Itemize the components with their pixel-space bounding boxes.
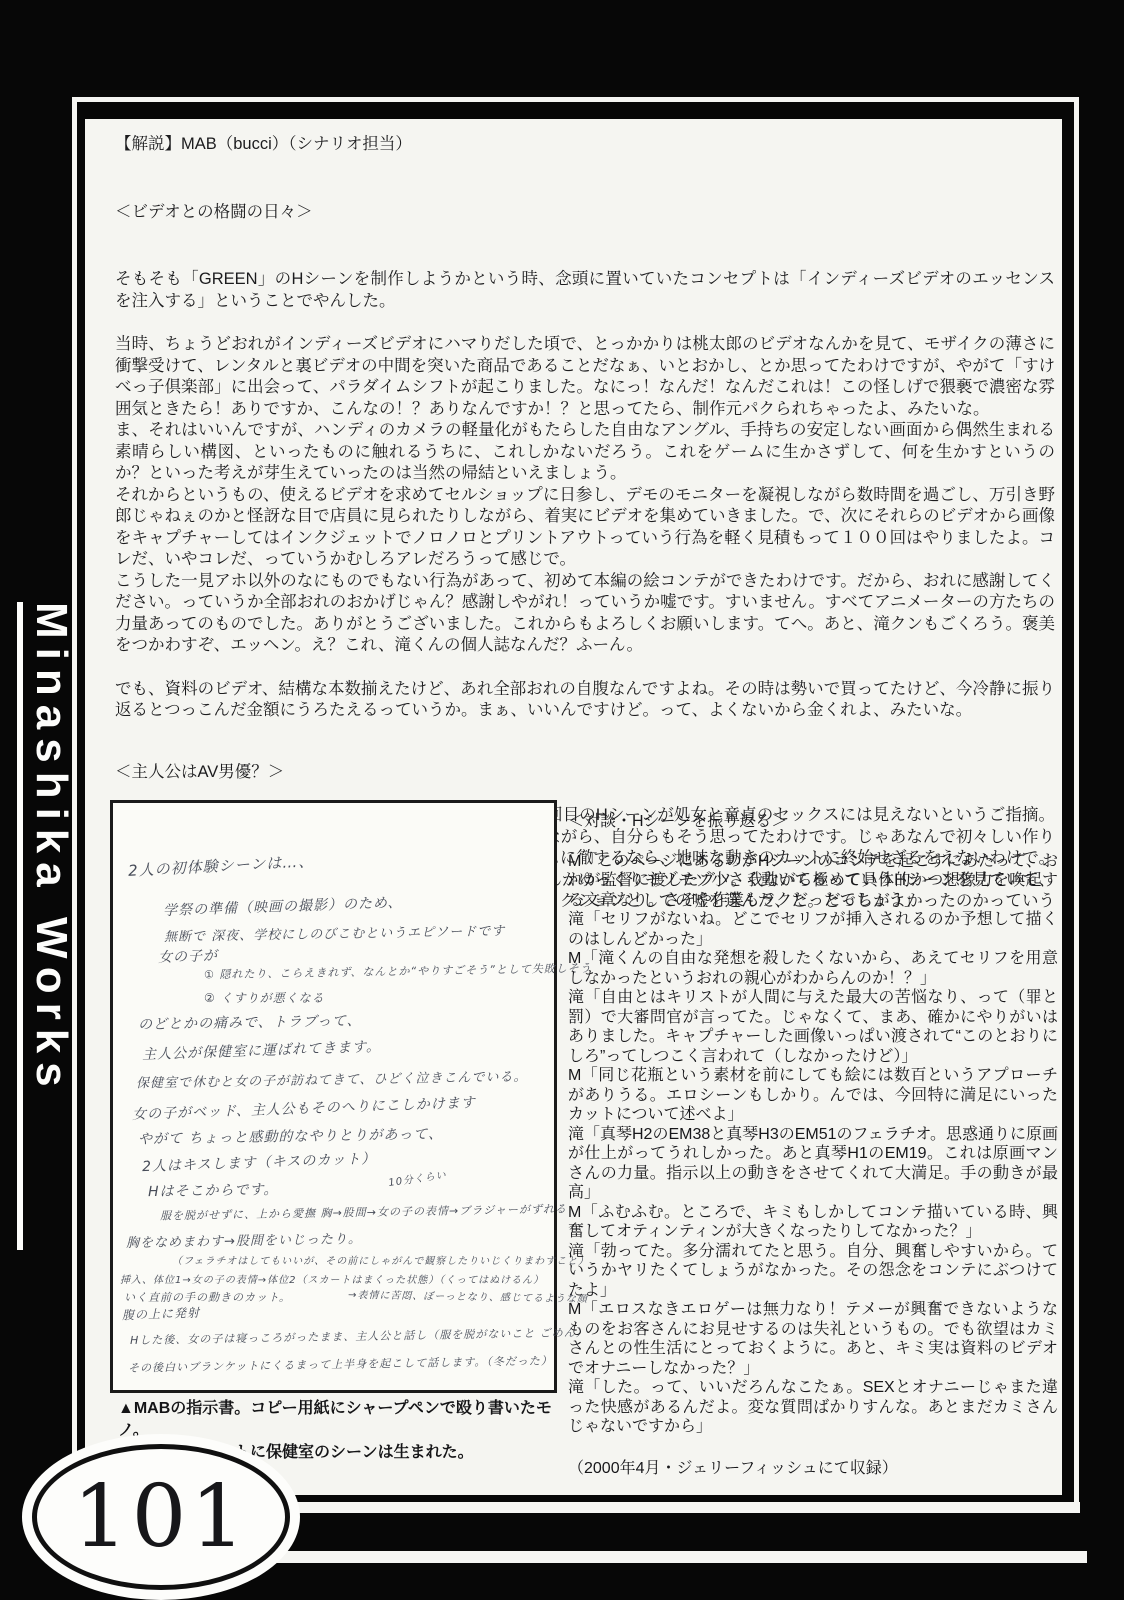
- article-paragraph: こうした一見アホ以外のなにものでもない行為があって、初めて本編の絵コンテができた…: [115, 571, 1055, 657]
- section2-heading: ＜主人公はAV男優？＞: [115, 762, 1055, 784]
- article-paragraph: ま、それはいいんですが、ハンディのカメラの軽量化がもたらした自由なアングル、手持…: [115, 420, 1055, 485]
- section1-paragraphs: そもそも「GREEN」のHシーンを制作しようかという時、念頭に置いていたコンセプ…: [115, 269, 1055, 722]
- interview-line: 滝「セリフがないね。どこでセリフが挿入されるのか予想して描くのはしんどかった」: [568, 910, 1058, 949]
- interview-heading: ＜対談・Hシーンを振り返る＞: [568, 812, 1058, 832]
- memo-caption-line1: ▲MABの指示書。コピー用紙にシャープペンで殴り書いたモノ。: [118, 1398, 568, 1442]
- page-number-badge: 101: [32, 1444, 290, 1590]
- page-number: 101: [73, 1467, 249, 1567]
- spine-title: Minashika Works: [17, 602, 76, 1250]
- interview-line: M「ふむふむ。ところで、キミもしかしてコンテ描いている時、興奮してオティンティン…: [568, 1203, 1058, 1242]
- interview-line: M「滝くんの自由な発想を殺したくないから、あえてセリフを用意しなかったというおれ…: [568, 949, 1058, 988]
- interview-line: 滝「勃ってた。多分濡れてたと思う。自分、興奮しやすいから。ていうかヤリたくてしょ…: [568, 1242, 1058, 1301]
- article-paragraph: そもそも「GREEN」のHシーンを制作しようかという時、念頭に置いていたコンセプ…: [115, 269, 1055, 312]
- interview-line: 滝「自由とはキリストが人間に与えた最大の苦悩なり、って（罪と罰）で大審問官が言っ…: [568, 988, 1058, 1066]
- article-byline: 【解説】MAB（bucci）（シナリオ担当）: [115, 134, 1055, 156]
- interview-column: ＜対談・Hシーンを振り返る＞ M「このページにあるのがHシーンのコンテを起こすに…: [568, 812, 1058, 1494]
- article-paragraph: でも、資料のビデオ、結構な本数揃えたけど、あれ全部おれの自腹なんですよね。その時…: [115, 679, 1055, 722]
- interview-line: M「同じ花瓶という素材を前にしても絵には数百というアプローチがありうる。エロシー…: [568, 1066, 1058, 1125]
- interview-line: M「エロスなきエロゲーは無力なり！テメーが興奮できないようなものをお客さんにお見…: [568, 1300, 1058, 1378]
- scanned-doujinshi-page: { "page": { "number": "101", "spine_titl…: [0, 0, 1124, 1600]
- article-paragraph: 当時、ちょうどおれがインディーズビデオにハマりだした頃で、とっかかりは桃太郎のビ…: [115, 334, 1055, 420]
- interview-line: 滝「真琴H2のEM38と真琴H3のEM51のフェラチオ。思惑通りに原画が仕上がっ…: [568, 1125, 1058, 1203]
- handwritten-memo-box: [110, 800, 557, 1393]
- section1-heading: ＜ビデオとの格闘の日々＞: [115, 202, 1055, 224]
- bottom-stripe-lower: [150, 1551, 1087, 1563]
- interview-lines: M「このページにあるのがHシーンのコンテを起こすにあたって、おれが監督に渡したブ…: [568, 852, 1058, 1437]
- interview-line: 滝「した。って、いいだろんなこたぁ。SEXとオナニーじゃまた違った快感があるんだ…: [568, 1378, 1058, 1437]
- article-paragraph: それからというもの、使えるビデオを求めてセルショップに日参し、デモのモニターを凝…: [115, 485, 1055, 571]
- interview-line: M「このページにあるのがHシーンのコンテを起こすにあたって、おれが監督に渡したブ…: [568, 852, 1058, 911]
- interview-credit: （2000年4月・ジェリーフィッシュにて収録）: [568, 1459, 1058, 1479]
